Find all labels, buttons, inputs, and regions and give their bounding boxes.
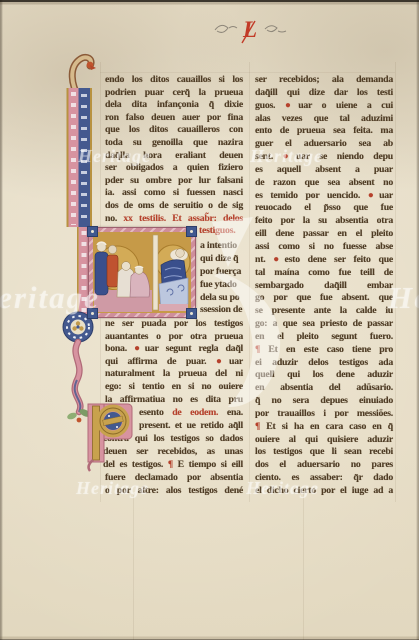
text-line: ser recebidos; ala demanda [255, 74, 393, 87]
text-line: dela su po [200, 292, 245, 305]
text-line: ¶ Et en este caso tiene pro [255, 344, 393, 357]
text-line: assi como si no fuesse abse [255, 241, 393, 254]
text-line: nt. ●esto dene ser feito que [255, 254, 393, 267]
text-line: se presente ante la calde iu [255, 305, 393, 318]
text-line: ¶ Et si ha en cara caso en q̃ [255, 421, 393, 434]
left-column-text-beside-miniature: a intentioqui dize q̃por fuerçafue ytado… [200, 240, 245, 317]
page-crease [133, 495, 134, 640]
text-line: ssession de [200, 304, 245, 317]
text-line: go: a que sea priesto de passar [255, 318, 393, 331]
text-line: los testigos que li sean recebi [255, 446, 393, 459]
text-line: es aquell absent a puar [255, 164, 393, 177]
text-line: eill dene passar en el pleito [255, 228, 393, 241]
text-line: por fuerça [200, 266, 245, 279]
text-line: guos. ●uar o uiene a cui [255, 100, 393, 113]
text-line: de razon que sea absent no [255, 177, 393, 190]
text-line: daq̃ill qui dize dar los testi [255, 87, 393, 100]
text-line: ouiere al qui quisiere aduzir [255, 434, 393, 447]
penwork-flourish-left-icon [215, 25, 237, 32]
quire-mark: L [212, 13, 290, 45]
text-line: testiguos. [199, 225, 243, 238]
frame-corner-icon [87, 226, 98, 237]
text-line: tal maína como fue teill de [255, 267, 393, 280]
text-line: es temido por uencido. ●uar [255, 190, 393, 203]
manuscript-page-photo: L endo los ditos cauaillos si lospodrien… [0, 0, 419, 640]
initial-bar-pink [69, 88, 79, 227]
text-line: en el pleito segunt fuero. [255, 331, 393, 344]
text-line: q̃ no sera depues einuiado [255, 395, 393, 408]
text-line: ei aduzir delos testigos ada [255, 357, 393, 370]
text-line: ento de prueua sea feita. ma [255, 125, 393, 138]
text-line: por trauaillos i por messiões. [255, 408, 393, 421]
ruling-line [249, 62, 250, 502]
text-line: en absentia del adũsario. [255, 382, 393, 395]
text-line: ciento. es assaber: q̃r dado [255, 472, 393, 485]
initial-p [88, 404, 132, 471]
page-crease [303, 488, 304, 640]
ruling-line [395, 62, 396, 502]
text-line: guer el aduersario sea ab [255, 138, 393, 151]
text-line: o por altre: alos testigos dené [105, 484, 243, 497]
text-line: qui dize q̃ [200, 253, 245, 266]
text-line: go por que fue absent. que [255, 292, 393, 305]
figure-standing-red [107, 245, 118, 287]
text-line: quell qui los dene aduzir [255, 369, 393, 382]
column-divider [153, 235, 158, 310]
miniature [88, 227, 196, 318]
text-line: fue ytado [200, 279, 245, 292]
text-line: a intentio [200, 240, 245, 253]
miniature-scene-witnesses-before-sick-man-in-bed [93, 232, 191, 313]
penwork-flourish-right-icon [265, 26, 286, 32]
frame-corner-icon [186, 308, 197, 319]
frame-corner-icon [186, 226, 197, 237]
text-line: reuocado el p̃sso que fue [255, 202, 393, 215]
text-line: sent. ●uar se niendo depu [255, 151, 393, 164]
text-line: el dicho cierto por el iuge ad a [255, 485, 393, 498]
text-line: sembargado daq̃ill embar [255, 280, 393, 293]
text-line: dos el aduersario no pares [255, 459, 393, 472]
right-column-text: ser recebidos; ala demandadaq̃ill qui di… [255, 74, 393, 498]
text-line: feito por la su absentia otra [255, 215, 393, 228]
text-line: alas vezes que tal aduzimi [255, 113, 393, 126]
frame-corner-icon [87, 308, 98, 319]
